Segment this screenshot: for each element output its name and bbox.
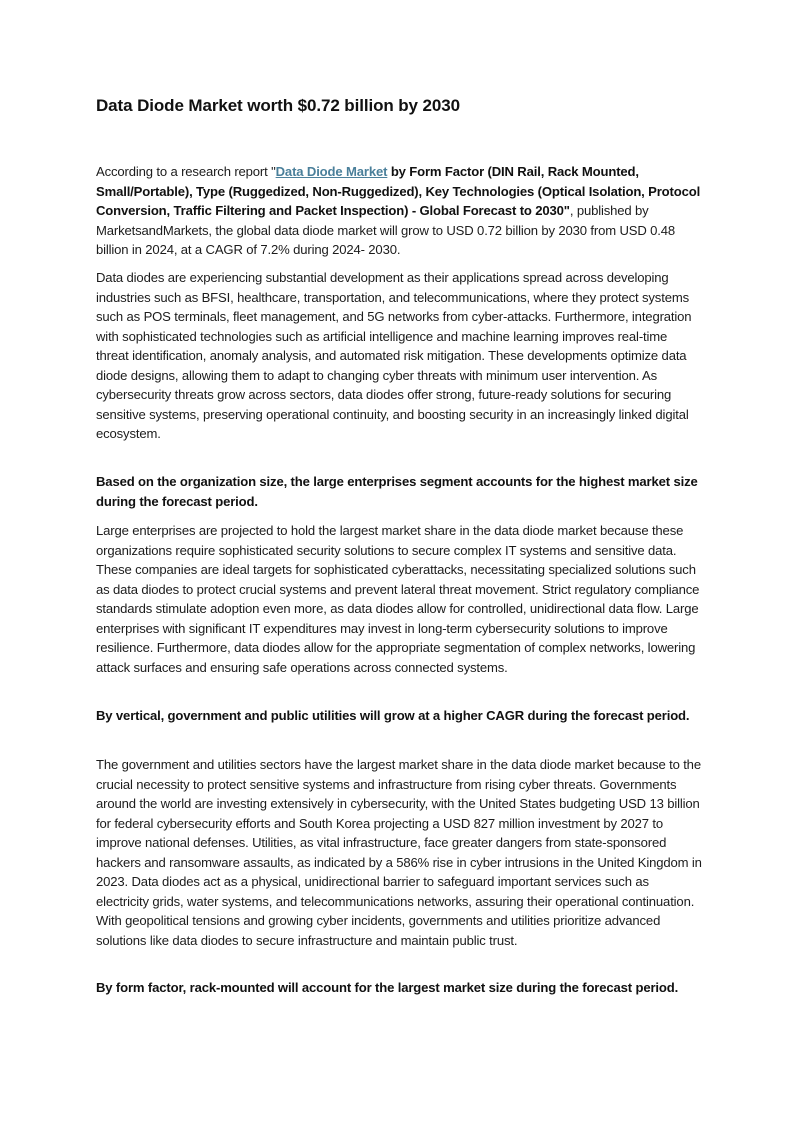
paragraph-large-enterprises: Large enterprises are projected to hold … — [96, 521, 702, 677]
paragraph-government-utilities: The government and utilities sectors hav… — [96, 755, 702, 950]
intro-prefix: According to a research report " — [96, 164, 276, 179]
page-title: Data Diode Market worth $0.72 billion by… — [96, 96, 460, 116]
section-heading-organization-size: Based on the organization size, the larg… — [96, 472, 702, 511]
report-link[interactable]: Data Diode Market — [276, 164, 388, 179]
intro-paragraph: According to a research report "Data Dio… — [96, 162, 702, 260]
section-heading-vertical: By vertical, government and public utili… — [96, 706, 702, 726]
section-heading-form-factor: By form factor, rack-mounted will accoun… — [96, 978, 702, 998]
paragraph-applications: Data diodes are experiencing substantial… — [96, 268, 702, 444]
